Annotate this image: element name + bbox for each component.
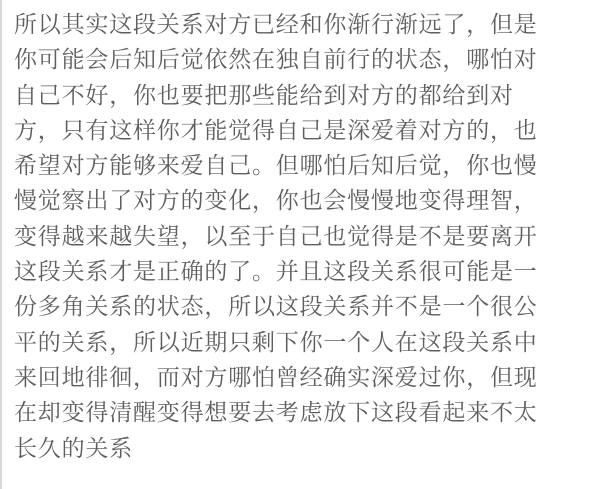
text-line: 自己不好，你也要把那些能给到对方的都给到对 (14, 79, 594, 114)
text-line: 长久的关系 (14, 432, 594, 467)
text-line: 来回地徘徊，而对方哪怕曾经确实深爱过你，但现 (14, 361, 594, 396)
text-line: 慢觉察出了对方的变化，你也会慢慢地变得理智， (14, 184, 594, 219)
text-line: 方，只有这样你才能觉得自己是深爱着对方的，也 (14, 114, 594, 149)
text-line: 变得越来越失望，以至于自己也觉得是不是要离开 (14, 220, 594, 255)
text-line: 平的关系，所以近期只剩下你一个人在这段关系中 (14, 326, 594, 361)
text-line: 所以其实这段关系对方已经和你渐行渐远了，但是 (14, 8, 594, 43)
text-line: 你可能会后知后觉依然在独自前行的状态，哪怕对 (14, 43, 594, 78)
text-line: 希望对方能够来爱自己。但哪怕后知后觉，你也慢 (14, 149, 594, 184)
paragraph: 所以其实这段关系对方已经和你渐行渐远了，但是 你可能会后知后觉依然在独自前行的状… (14, 8, 594, 467)
text-line: 在却变得清醒变得想要去考虑放下这段看起来不太 (14, 396, 594, 431)
text-line: 份多角关系的状态，所以这段关系并不是一个很公 (14, 290, 594, 325)
text-line: 这段关系才是正确的了。并且这段关系很可能是一 (14, 255, 594, 290)
text-card: 所以其实这段关系对方已经和你渐行渐远了，但是 你可能会后知后觉依然在独自前行的状… (0, 0, 600, 489)
